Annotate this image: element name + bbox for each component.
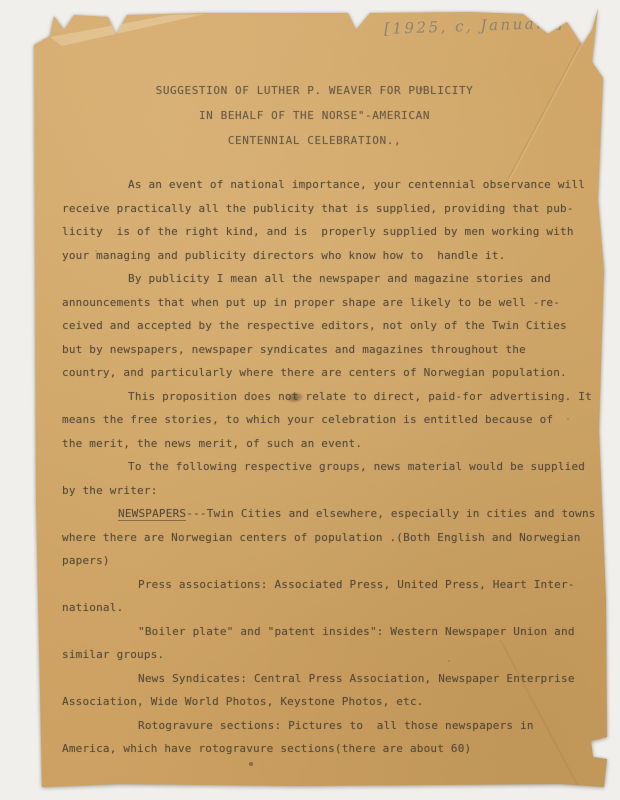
typed-line: the merit, the news merit, of such an ev… — [62, 437, 574, 461]
typed-line: This proposition does not relate to dire… — [62, 390, 574, 414]
typed-line: licity is of the right kind, and is prop… — [62, 225, 574, 249]
typed-line: but by newspapers, newspaper syndicates … — [62, 343, 574, 367]
typed-line: "Boiler plate" and "patent insides": Wes… — [62, 625, 574, 649]
typed-line: ceived and accepted by the respective ed… — [62, 319, 574, 343]
typed-line: where there are Norwegian centers of pop… — [62, 531, 574, 555]
typed-line: means the free stories, to which your ce… — [62, 413, 574, 437]
paper-specks — [0, 0, 2, 2]
typed-line: your managing and publicity directors wh… — [62, 249, 574, 273]
typed-line: By publicity I mean all the newspaper an… — [62, 272, 574, 296]
typed-line: Press associations: Associated Press, Un… — [62, 578, 574, 602]
document-title: SUGGESTION OF LUTHER P. WEAVER FOR PUBLI… — [62, 84, 567, 159]
typed-line: country, and particularly where there ar… — [62, 366, 574, 390]
paper-shadow: [1925, c, January] SUGGESTION OF LUTHER … — [0, 0, 620, 800]
document-title-line-2: IN BEHALF OF THE NORSE"-AMERICAN — [62, 109, 567, 134]
typed-line: receive practically all the publicity th… — [62, 202, 574, 226]
newspapers-underlined-word: NEWSPAPERS — [118, 507, 186, 521]
scanned-document: [1925, c, January] SUGGESTION OF LUTHER … — [0, 0, 620, 800]
newspapers-line-rest: ---Twin Cities and elsewhere, especially… — [186, 507, 595, 520]
typed-line: similar groups. — [62, 648, 574, 672]
typed-line-newspapers: NEWSPAPERS---Twin Cities and elsewhere, … — [62, 507, 574, 531]
document-title-line-1: SUGGESTION OF LUTHER P. WEAVER FOR PUBLI… — [62, 84, 567, 109]
typed-line: by the writer: — [62, 484, 574, 508]
typed-body: As an event of national importance, your… — [62, 178, 574, 766]
paper-sheet: [1925, c, January] SUGGESTION OF LUTHER … — [0, 0, 620, 800]
handwritten-date-annotation: [1925, c, January] — [384, 12, 609, 38]
typed-line: Association, Wide World Photos, Keystone… — [62, 695, 574, 719]
typed-line: national. — [62, 601, 574, 625]
typed-line: To the following respective groups, news… — [62, 460, 574, 484]
typed-line: announcements that when put up in proper… — [62, 296, 574, 320]
typed-line: As an event of national importance, your… — [62, 178, 574, 202]
document-title-line-3: CENTENNIAL CELEBRATION., — [62, 134, 567, 159]
typed-line: papers) — [62, 554, 574, 578]
typed-line: Rotogravure sections: Pictures to all th… — [62, 719, 574, 743]
typed-line: America, which have rotogravure sections… — [62, 742, 574, 766]
typed-line: News Syndicates: Central Press Associati… — [62, 672, 574, 696]
